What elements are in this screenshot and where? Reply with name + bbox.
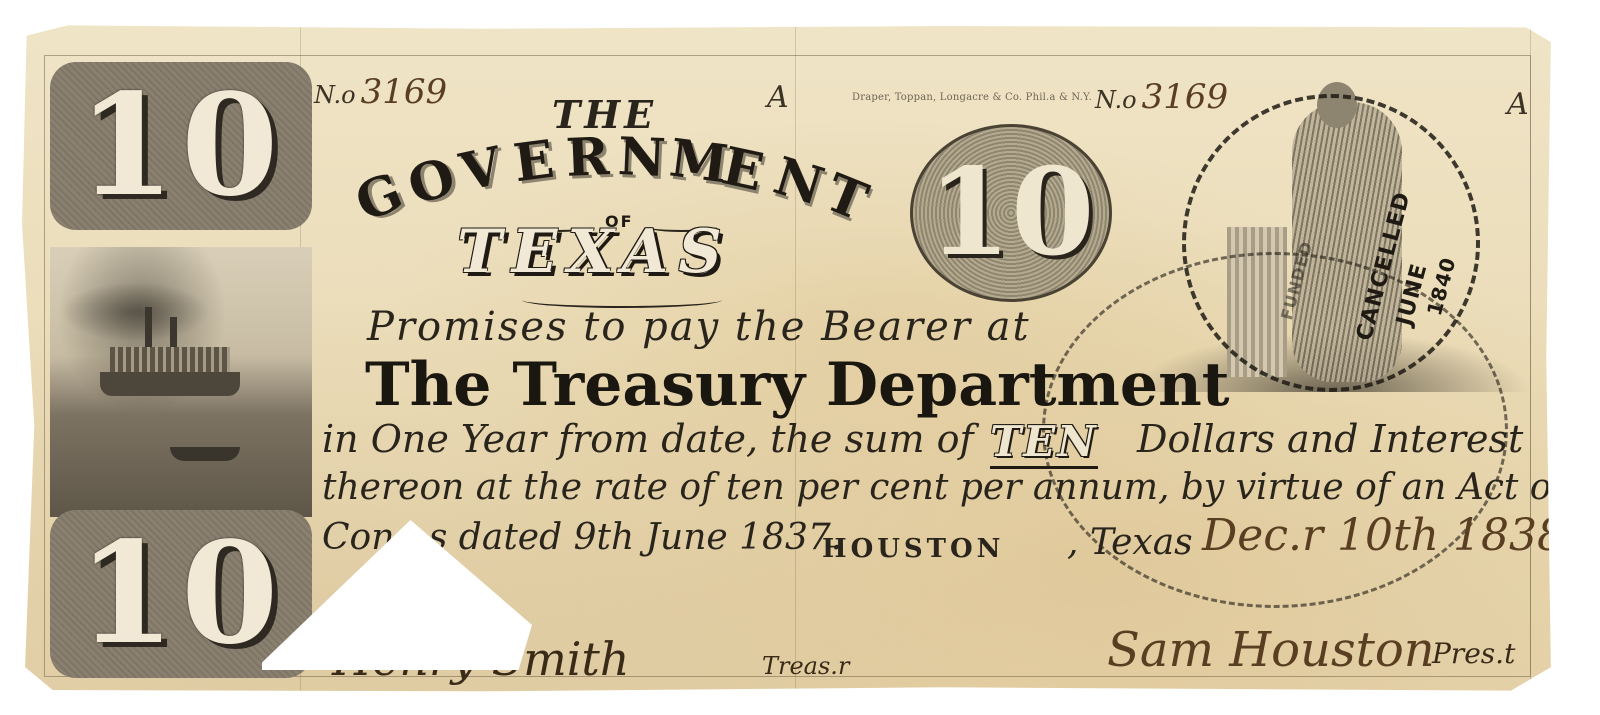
government-letter: N [617, 126, 667, 189]
denomination-oval: 10 [910, 124, 1112, 302]
treasury-department-text: The Treasury Department [365, 350, 1229, 420]
promise-text: Promises to pay the Bearer at [367, 304, 1031, 350]
place-state: , Texas [1067, 522, 1193, 563]
denomination-numeral: 10 [928, 153, 1095, 273]
government-letter: R [565, 127, 611, 190]
rowboat [170, 447, 240, 461]
amount-ten: TEN [990, 417, 1098, 469]
terms-line-1b: Dollars and Interest [1137, 417, 1523, 461]
government-letter: E [510, 129, 557, 195]
printer-imprint: Draper, Toppan, Longacre & Co. Phil.a & … [852, 92, 1092, 103]
serial-prefix: N.o [1095, 86, 1137, 114]
serial-prefix: N.o [314, 81, 356, 109]
government-letter: O [401, 146, 462, 218]
issue-date-handwritten: Dec.r 10th 1838 [1202, 510, 1565, 561]
place-city: HOUSTON [822, 534, 1004, 564]
plate-letter-left: A [767, 80, 789, 115]
boat-hull [100, 372, 240, 396]
signature-president-title: Pres.t [1432, 637, 1515, 670]
terms-line-2: thereon at the rate of ten per cent per … [322, 467, 1565, 508]
signature-president: Sam Houston [1107, 622, 1435, 678]
serial-value: 3169 [361, 72, 448, 112]
serial-number-left: N.o 3169 [314, 72, 447, 112]
denomination-numeral: 10 [78, 524, 285, 664]
boat-deck [110, 347, 230, 373]
smoke [60, 282, 210, 342]
denomination-numeral: 10 [78, 76, 285, 216]
terms-line-1: in One Year from date, the sum of [322, 417, 974, 461]
denomination-panel-top: 10 [50, 62, 312, 230]
steamboat-vignette [50, 247, 312, 517]
smokestack [145, 307, 152, 352]
signature-treasurer-title: Treas.r [762, 652, 849, 680]
government-letter: V [455, 136, 507, 204]
issuer-texas: TEXAS [457, 217, 732, 287]
government-letter: G [347, 161, 411, 234]
banknote: 10 10 N.o 3169 A Draper, Toppan, Longacr… [22, 22, 1557, 694]
